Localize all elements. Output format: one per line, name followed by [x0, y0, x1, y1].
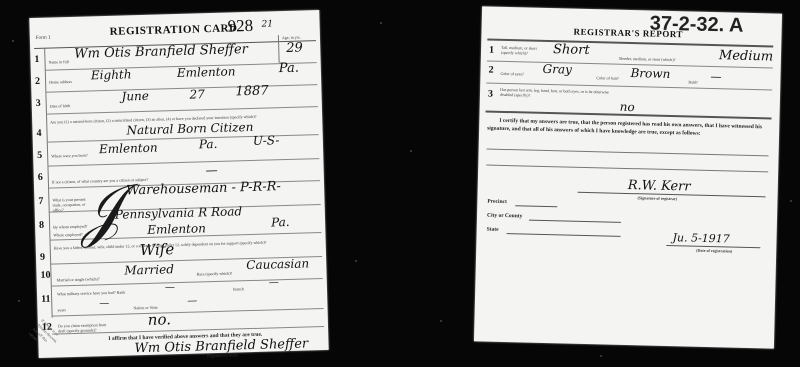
film-speck: [18, 300, 20, 302]
rank-value: —: [165, 282, 175, 293]
bald-value: —: [710, 70, 721, 83]
nation-value: —: [187, 296, 197, 307]
film-speck: [790, 200, 792, 202]
race-value: Caucasian: [246, 256, 309, 272]
employer-state: Pa.: [271, 215, 290, 230]
row-number: 9: [40, 252, 45, 263]
birthplace-town: Emlenton: [99, 141, 158, 157]
exemption-value: no.: [148, 310, 172, 329]
birth-year: 1887: [235, 83, 268, 99]
signature-label: (Signature or mark): [207, 352, 239, 358]
registration-date: Ju. 5-1917: [672, 231, 730, 245]
race-label: Race (specify which)?: [196, 271, 232, 277]
age-label: Age, in yrs.: [282, 35, 301, 41]
row-number: 2: [488, 65, 493, 76]
age-value: 29: [286, 40, 303, 55]
home-state: Pa.: [279, 61, 299, 77]
birth-day: 27: [189, 87, 205, 101]
row-number: 1: [34, 54, 39, 65]
precinct-label: Precinct: [487, 199, 507, 205]
citizenship-value: Natural Born Citizen: [126, 120, 253, 138]
state-label: State: [487, 227, 499, 233]
birthplace-state: Pa.: [199, 137, 218, 152]
row-number: 1: [489, 45, 494, 56]
card-title: REGISTRATION CARD: [110, 22, 238, 38]
serial-number: 928: [227, 16, 253, 37]
film-speck: [355, 260, 357, 262]
marital-status-value: Married: [124, 262, 174, 277]
row-number: 3: [36, 98, 41, 109]
branch-label: branch: [233, 286, 244, 291]
field-label: Home address: [49, 79, 72, 85]
hair-color-label: Color of hair?: [596, 75, 619, 81]
field-label: Tall, medium, or short (specify which)?: [501, 45, 543, 56]
build-value: Medium: [719, 48, 774, 64]
full-name-value: Wm Otis Branfield Sheffer: [74, 42, 248, 62]
height-value: Short: [553, 42, 590, 58]
film-speck: [440, 320, 442, 322]
form-label: Form 1: [36, 36, 51, 41]
years-value: —: [99, 298, 109, 309]
foreign-citizenship-value: —: [205, 163, 217, 177]
film-speck: [12, 40, 14, 42]
birthplace-nation: U-S-: [253, 133, 280, 148]
row-number: 5: [37, 150, 42, 161]
serial-suffix: 21: [261, 19, 273, 29]
film-speck: [410, 150, 412, 152]
row-number: 3: [488, 89, 493, 100]
birth-month: June: [121, 89, 149, 104]
branch-value: —: [269, 277, 279, 288]
certification-text: I certify that my answers are true, that…: [487, 117, 771, 140]
nation-label: Nation or State: [133, 305, 157, 311]
home-city: Emlenton: [177, 64, 236, 80]
build-label: Slender, medium, or stout (which)?: [619, 56, 676, 62]
film-speck: [600, 355, 602, 357]
field-label: Has person lost arm, leg, hand, foot, or…: [500, 87, 620, 100]
row-number: 4: [36, 128, 41, 139]
field-label: Name in full: [48, 59, 68, 65]
employer-value: Pennsylvania R Road: [115, 204, 243, 222]
registrar-signature-label: (Signature of registrar): [637, 195, 677, 201]
row-number: 2: [35, 76, 40, 87]
registration-card: Form 1 REGISTRATION CARD 928 21 1 Name i…: [29, 10, 328, 358]
eye-color-value: Gray: [542, 62, 572, 77]
years-label: years: [57, 307, 66, 312]
bald-label: Bald?: [688, 79, 697, 84]
field-label: Date of birth: [50, 103, 71, 109]
row-number: 8: [39, 220, 44, 231]
disability-value: no: [620, 100, 635, 114]
field-label: Color of eyes?: [500, 71, 523, 77]
dependent-value: Wife: [140, 240, 175, 259]
field-label: What military service have you had? Rank: [57, 290, 125, 297]
film-speck: [380, 22, 382, 24]
report-title: REGISTRAR'S REPORT: [573, 27, 683, 40]
registrars-report-card: 37-2-32. A REGISTRAR'S REPORT 1 Tall, me…: [474, 6, 782, 348]
home-street: Eighth: [91, 67, 132, 82]
city-county-label: City or County: [487, 213, 522, 220]
row-number: 7: [38, 196, 43, 207]
row-number: 6: [38, 172, 43, 183]
occupation-value: Warehouseman - P-R-R-: [126, 179, 281, 198]
registration-date-label: (Date of registration): [696, 248, 732, 254]
field-label: Where were you born?: [51, 153, 88, 159]
hair-color-value: Brown: [630, 66, 670, 81]
field-label: Married or single (which)?: [57, 276, 100, 282]
registrar-signature: R.W. Kerr: [628, 178, 691, 195]
row-number: 10: [40, 270, 50, 281]
row-number: 11: [41, 294, 51, 305]
